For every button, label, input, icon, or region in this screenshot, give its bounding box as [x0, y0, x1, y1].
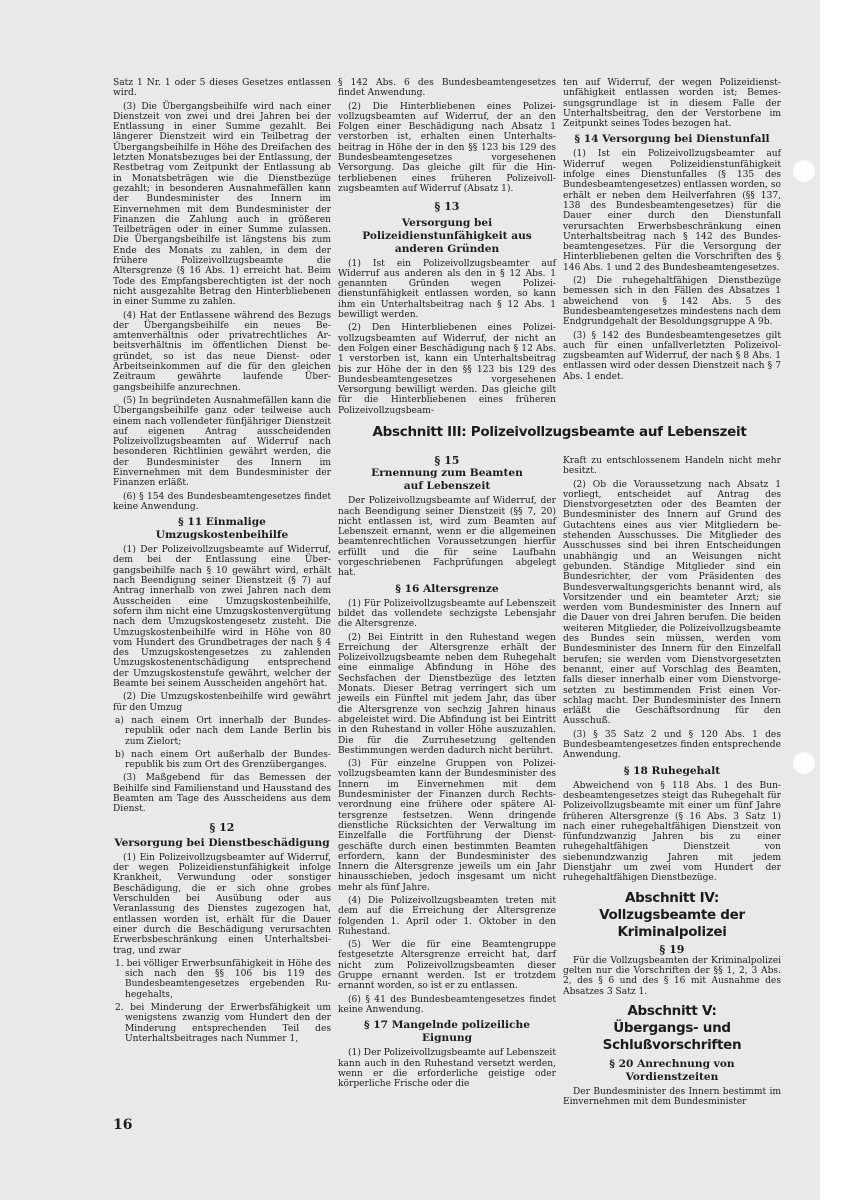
- section-11-heading: § 11 Einmalige Umzugskostenbeihilfe: [113, 516, 331, 542]
- paragraph: (4) Hat der Entlassene während des Be­zu…: [113, 311, 331, 393]
- punch-hole: [793, 160, 815, 182]
- paragraph: (5) Wer die für eine Beamtengruppe festg…: [338, 940, 556, 991]
- paragraph: (4) Die Polizeivollzugsbeamten treten mi…: [338, 896, 556, 937]
- paragraph: Kraft zu entschlossenem Handeln nicht me…: [563, 456, 781, 477]
- column-1: Satz 1 Nr. 1 oder 5 dieses Gesetzes ent­…: [113, 78, 331, 1047]
- paragraph: (3) § 142 des Bundesbeamtengesetzes gilt…: [563, 331, 781, 382]
- paragraph: (3) § 35 Satz 2 und § 120 Abs. 1 des Bun…: [563, 730, 781, 761]
- paragraph: (3) Die Übergangsbeihilfe wird nach eine…: [113, 102, 331, 308]
- list-item: b) nach einem Ort außerhalb der Bundes­r…: [113, 750, 331, 771]
- paragraph: (1) Für Polizeivollzugsbeamte auf Le­ben…: [338, 599, 556, 630]
- section-14-heading: § 14 Versorgung bei Dienstunfall: [563, 133, 781, 146]
- page-number: 16: [113, 1117, 132, 1133]
- section-13-heading: Versorgung bei Polizeidienstunfähig­keit…: [338, 217, 556, 256]
- section-19-number: § 19: [563, 945, 781, 955]
- paragraph: (2) Den Hinterbliebenen eines Polizei­vo…: [338, 323, 556, 416]
- paragraph: (2) Ob die Voraussetzung nach Absatz 1 v…: [563, 480, 781, 727]
- list-item: 1. bei völliger Erwerbsunfähigkeit in Hö…: [113, 959, 331, 1000]
- paragraph: (2) Die Umzugskostenbeihilfe wird ge­wäh…: [113, 692, 331, 713]
- paragraph: § 142 Abs. 6 des Bundesbeamtengesetzes f…: [338, 78, 556, 99]
- section-15-heading-line1: Ernennung zum Beamten: [338, 467, 556, 480]
- paragraph: ten auf Widerruf, der wegen Polizeidiens…: [563, 78, 781, 129]
- paragraph: (1) Ist ein Polizeivollzugsbeamter auf W…: [338, 259, 556, 321]
- list-item: 2. bei Minderung der Erwerbsfähigkeit um…: [113, 1003, 331, 1044]
- paragraph: (1) Ein Polizeivollzugsbeamter auf Wider…: [113, 853, 331, 956]
- section-20-heading: § 20 Anrechnung von Vordienstzeiten: [563, 1058, 781, 1084]
- paragraph: (6) § 41 des Bundesbeamtengesetzes fin­d…: [338, 995, 556, 1016]
- paragraph: (1) Der Polizeivollzugsbeamte auf Le­ben…: [338, 1048, 556, 1089]
- column-3-bottom: Kraft zu entschlossenem Handeln nicht me…: [563, 456, 781, 1111]
- column-2-bottom: § 15 Ernennung zum Beamten auf Lebenszei…: [338, 456, 556, 1092]
- section-16-heading: § 16 Altersgrenze: [338, 583, 556, 596]
- paragraph: Der Polizeivollzugsbeamte auf Widerruf, …: [338, 496, 556, 578]
- paragraph: (2) Die Hinterbliebenen eines Polizei­vo…: [338, 102, 556, 195]
- section-13-number: § 13: [338, 202, 556, 212]
- abschnitt-4-heading-line1: Abschnitt IV:: [563, 890, 781, 907]
- section-12-number: § 12: [113, 823, 331, 833]
- paragraph: Für die Vollzugsbeamten der Kriminal­pol…: [563, 956, 781, 997]
- paragraph: (5) In begründeten Ausnahmefällen kann d…: [113, 396, 331, 489]
- paragraph: (3) Für einzelne Gruppen von Polizei­vol…: [338, 759, 556, 893]
- section-15-heading-line2: auf Lebenszeit: [338, 480, 556, 493]
- paragraph: Der Bundesminister des Innern bestimmt i…: [563, 1087, 781, 1108]
- paragraph: Abweichend von § 118 Abs. 1 des Bun­desb…: [563, 781, 781, 884]
- abschnitt-3-heading: Abschnitt III: Polizeivollzugsbeamte auf…: [338, 424, 781, 440]
- column-3-top: ten auf Widerruf, der wegen Polizeidiens…: [563, 78, 781, 385]
- list-item: a) nach einem Ort innerhalb der Bundes­r…: [113, 716, 331, 747]
- punch-hole: [793, 752, 815, 774]
- section-18-heading: § 18 Ruhegehalt: [563, 765, 781, 778]
- paragraph: (3) Maßgebend für das Bemessen der Beihi…: [113, 773, 331, 814]
- paragraph: (6) § 154 des Bundesbeamtengesetzes find…: [113, 492, 331, 513]
- paragraph: (1) Der Polizeivollzugsbeamte auf Wider­…: [113, 545, 331, 689]
- column-2-top: § 142 Abs. 6 des Bundesbeamtengesetzes f…: [338, 78, 556, 419]
- paragraph: (1) Ist ein Polizeivollzugsbeamter auf W…: [563, 149, 781, 273]
- abschnitt-4-heading-line2: Vollzugsbeamte der Kriminalpolizei: [563, 907, 781, 941]
- paragraph: (2) Bei Eintritt in den Ruhestand wegen …: [338, 633, 556, 757]
- section-15-number: § 15: [338, 456, 556, 466]
- abschnitt-5-heading-line2: Übergangs- und Schlußvorschriften: [563, 1020, 781, 1054]
- paragraph: (2) Die ruhegehaltfähigen Dienstbezüge b…: [563, 276, 781, 327]
- section-12-heading: Versorgung bei Dienstbeschädigung: [113, 837, 331, 850]
- section-17-heading: § 17 Mangelnde polizeiliche Eignung: [338, 1019, 556, 1045]
- abschnitt-5-heading-line1: Abschnitt V:: [563, 1003, 781, 1020]
- paragraph: Satz 1 Nr. 1 oder 5 dieses Gesetzes ent­…: [113, 78, 331, 99]
